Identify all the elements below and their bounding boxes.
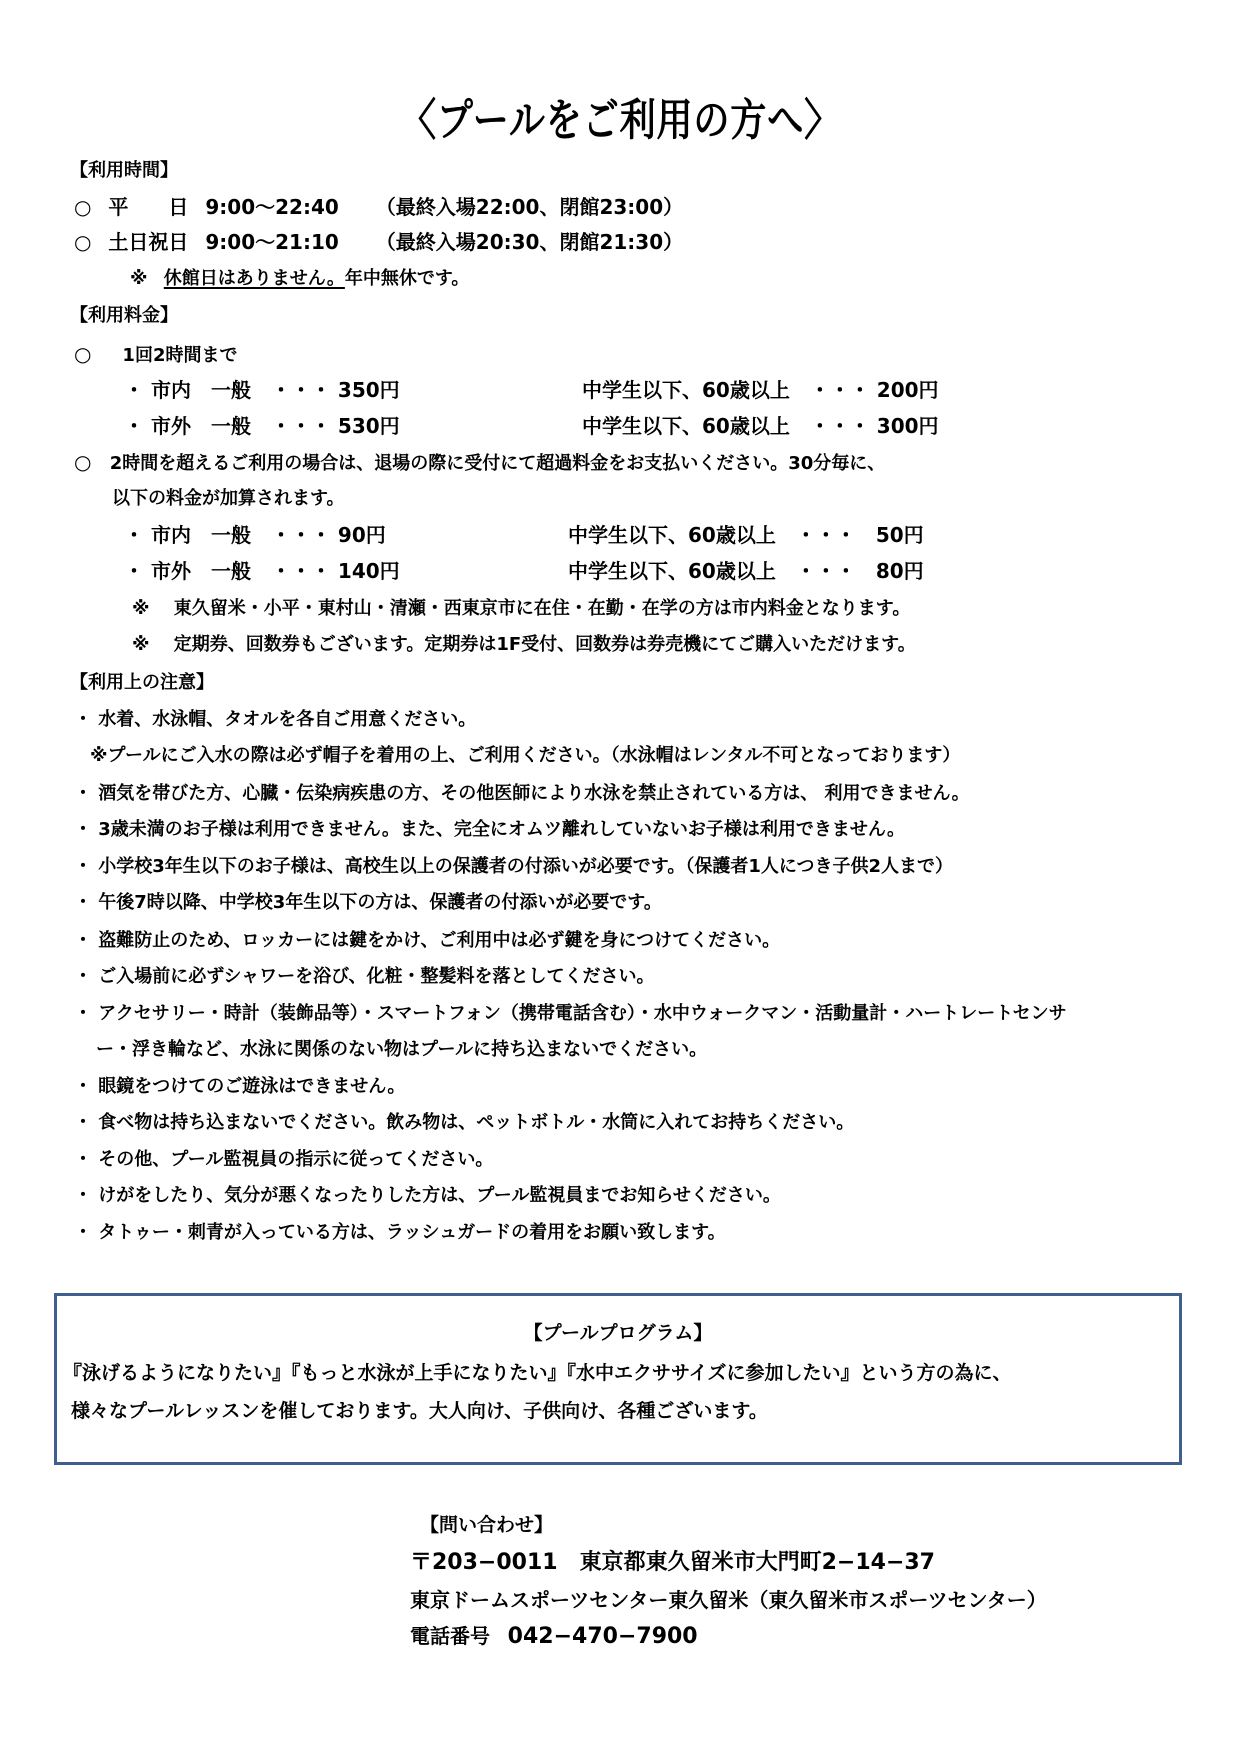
caution-item: ・ けがをしたり、気分が悪くなったりした方は、プール監視員までお知らせください。: [74, 1184, 781, 1208]
fee-row-right: 中学生以下、60歳以上 ・・・ 300円: [582, 414, 939, 438]
circle-marker: ○: [74, 230, 91, 254]
fee-row-left: ・ 市外 一般 ・・・ 530円: [124, 414, 400, 438]
program-heading: 【プールプログラム】: [57, 1318, 1179, 1345]
fees-basic-label: 1回2時間まで: [122, 345, 237, 366]
page-title: 〈プールをご利用の方へ〉: [112, 84, 1130, 148]
program-text-line2: 様々なプールレッスンを催しております。大人向け、子供向け、各種ございます。: [71, 1396, 768, 1423]
phone-number: 042−470−7900: [508, 1624, 698, 1649]
hours-label: 平 日: [108, 195, 188, 219]
caution-item: ・ アクセサリー・時計（装飾品等）・スマートフォン（携帯電話含む）・水中ウォーク…: [74, 1002, 1067, 1026]
caution-item: ・ 食べ物は持ち込まないでください。飲み物は、ペットボトル・水筒に入れてお持ちく…: [74, 1111, 854, 1135]
hours-label: 土日祝日: [108, 230, 188, 254]
fee-row-left: ・ 市内 一般 ・・・ 90円: [124, 523, 386, 547]
caution-note: ※プールにご入水の際は必ず帽子を着用の上、ご利用ください。（水泳帽はレンタル不可…: [90, 744, 960, 768]
fees-basic-label-line: ○ 1回2時間まで: [74, 342, 237, 368]
caution-item-continued: ー・浮き輪など、水泳に関係のない物はプールに持ち込まないでください。: [96, 1038, 707, 1062]
circle-marker: ○: [74, 450, 91, 474]
contact-heading: 【問い合わせ】: [420, 1513, 553, 1537]
contact-facility: 東京ドームスポーツセンター東久留米（東久留米市スポーツセンター）: [410, 1588, 1047, 1612]
caution-item: ・ その他、プール監視員の指示に従ってください。: [74, 1148, 493, 1172]
contact-address: 〒203−0011 東京都東久留米市大門町2−14−37: [410, 1551, 935, 1575]
hours-time: 9:00～22:40: [205, 195, 338, 219]
caution-item: ・ 小学校3年生以下のお子様は、高校生以上の保護者の付添いが必要です。（保護者1…: [74, 855, 953, 879]
hours-note: （最終入場22:00、閉館23:00）: [376, 195, 683, 219]
caution-item: ・ 午後7時以降、中学校3年生以下の方は、保護者の付添いが必要です。: [74, 891, 662, 915]
hours-heading: 【利用時間】: [70, 159, 178, 183]
fees-overtime-line1: ○ 2時間を超えるご利用の場合は、退場の際に受付にて超過料金をお支払いください。…: [74, 450, 885, 476]
phone-label: 電話番号: [410, 1624, 490, 1648]
fee-row-right: 中学生以下、60歳以上 ・・・ 200円: [582, 378, 939, 402]
caution-item: ・ ご入場前に必ずシャワーを浴び、化粧・整髪料を落としてください。: [74, 965, 654, 989]
no-closing-days-text: 休館日はありません。: [164, 268, 345, 289]
hours-note: （最終入場20:30、閉館21:30）: [376, 230, 683, 254]
open-all-year-text: 年中無休です。: [345, 268, 470, 289]
circle-marker: ○: [74, 195, 91, 219]
fees-heading: 【利用料金】: [70, 304, 178, 328]
hours-time: 9:00～21:10: [205, 230, 338, 254]
fee-note: ※ 東久留米・小平・東村山・清瀬・西東京市に在住・在勤・在学の方は市内料金となり…: [132, 597, 910, 621]
caution-item: ・ 眼鏡をつけてのご遊泳はできません。: [74, 1075, 405, 1099]
fee-row-left: ・ 市内 一般 ・・・ 350円: [124, 378, 400, 402]
caution-item: ・ 盗難防止のため、ロッカーには鍵をかけ、ご利用中は必ず鍵を身につけてください。: [74, 929, 780, 953]
circle-marker: ○: [74, 342, 91, 366]
fee-row-right: 中学生以下、60歳以上 ・・・ 50円: [568, 523, 924, 547]
hours-note-line: ※ 休館日はありません。年中無休です。: [130, 267, 469, 291]
caution-item: ・ 酒気を帯びた方、心臓・伝染病疾患の方、その他医師により水泳を禁止されている方…: [74, 782, 970, 806]
fees-overtime-line2: 以下の料金が加算されます。: [112, 487, 345, 511]
contact-phone-line: 電話番号 042−470−7900: [410, 1624, 698, 1649]
program-text-line1: 『泳げるようになりたい』『もっと水泳が上手になりたい』『水中エクササイズに参加し…: [63, 1358, 1011, 1385]
fee-note: ※ 定期券、回数券もございます。定期券は1F受付、回数券は券売機にてご購入いただ…: [132, 633, 916, 657]
fee-row-right: 中学生以下、60歳以上 ・・・ 80円: [568, 559, 924, 583]
caution-item: ・ 3歳未満のお子様は利用できません。また、完全にオムツ離れしていないお子様は利…: [74, 818, 905, 842]
hours-row-weekend: ○ 土日祝日 9:00～21:10 （最終入場20:30、閉館21:30）: [74, 230, 683, 254]
caution-item: ・ 水着、水泳帽、タオルを各自ご用意ください。: [74, 708, 476, 732]
note-mark: ※: [130, 268, 148, 289]
cautions-heading: 【利用上の注意】: [70, 671, 214, 695]
hours-row-weekday: ○ 平 日 9:00～22:40 （最終入場22:00、閉館23:00）: [74, 195, 683, 219]
overtime-text: 2時間を超えるご利用の場合は、退場の際に受付にて超過料金をお支払いください。30…: [110, 453, 886, 474]
pool-program-box: 【プールプログラム】 『泳げるようになりたい』『もっと水泳が上手になりたい』『水…: [54, 1293, 1182, 1465]
fee-row-left: ・ 市外 一般 ・・・ 140円: [124, 559, 400, 583]
caution-item: ・ タトゥー・刺青が入っている方は、ラッシュガードの着用をお願い致します。: [74, 1221, 726, 1245]
